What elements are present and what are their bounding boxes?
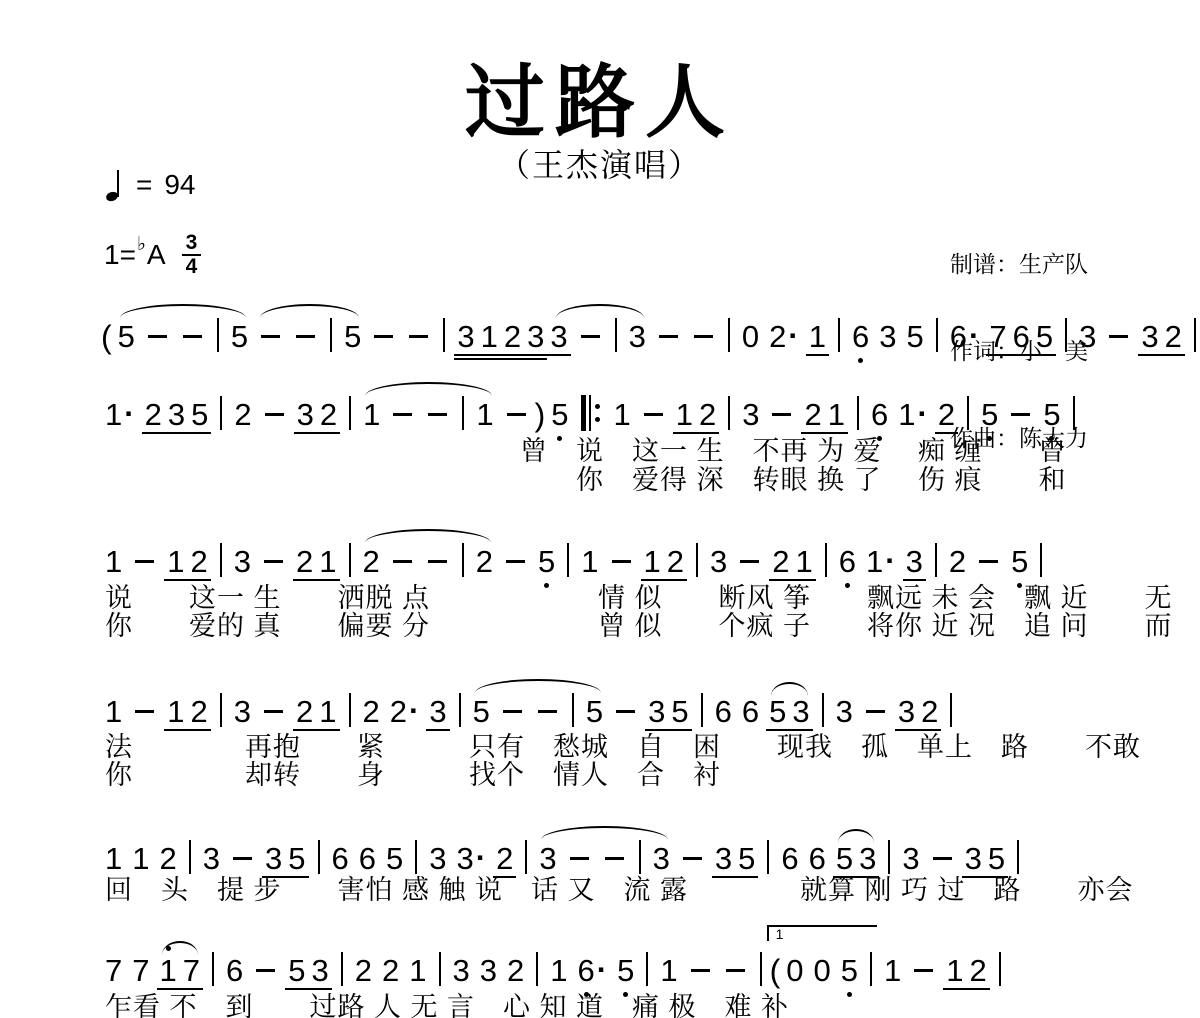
dash	[570, 857, 589, 860]
barline	[1065, 318, 1067, 352]
note: 3	[906, 546, 923, 577]
note: 1	[481, 321, 498, 352]
barline	[615, 318, 617, 352]
note: 3	[457, 843, 474, 874]
dash	[264, 710, 283, 713]
note: 3	[902, 843, 919, 874]
note: 6	[742, 696, 759, 727]
volta-number: 1	[776, 927, 784, 941]
note: 5	[738, 843, 755, 874]
note: 7	[132, 955, 149, 986]
repeat-dot	[595, 417, 600, 422]
note: 2	[804, 399, 821, 430]
augmentation-dot: ·	[917, 398, 927, 429]
note: 1	[476, 399, 493, 430]
augmentation-dot: ·	[969, 320, 979, 351]
note: 2	[507, 955, 524, 986]
note: 3	[629, 321, 646, 352]
parenthesis: (	[101, 321, 112, 353]
slur: 55	[113, 318, 254, 352]
repeat-sign	[581, 395, 600, 431]
barline	[728, 318, 730, 352]
note: 3	[859, 843, 876, 874]
dash	[264, 560, 283, 563]
slur: 53	[831, 843, 882, 874]
note: 7	[105, 955, 122, 986]
music-system-4: 11232122·355356653332	[100, 667, 959, 727]
note: 6	[578, 955, 595, 986]
barline	[220, 396, 222, 430]
dash	[296, 335, 315, 338]
dash	[148, 335, 167, 338]
note: 0	[742, 321, 759, 352]
note: 3	[539, 843, 556, 874]
dash	[605, 857, 624, 860]
note: 5	[386, 843, 403, 874]
barline	[767, 840, 769, 874]
note: 3	[234, 696, 251, 727]
slur: 33	[534, 840, 675, 874]
note: 3	[527, 321, 544, 352]
slur: 55	[468, 693, 609, 727]
note: 1	[866, 546, 883, 577]
augmentation-dot: ·	[409, 695, 419, 726]
note: 3	[453, 955, 470, 986]
time-denominator: 4	[182, 256, 202, 278]
barline	[701, 693, 703, 727]
note: 3	[429, 696, 446, 727]
note: 6	[839, 546, 856, 577]
dash	[933, 857, 952, 860]
dash	[265, 413, 284, 416]
barline	[1017, 840, 1019, 874]
barline	[728, 396, 730, 430]
barline	[220, 693, 222, 727]
note: 5	[671, 696, 688, 727]
note: 7	[989, 321, 1006, 352]
note: 1	[105, 399, 122, 430]
note: 3	[457, 321, 474, 352]
note: 1	[105, 546, 122, 577]
note: 1	[167, 546, 184, 577]
dash	[428, 413, 447, 416]
barline	[462, 396, 464, 430]
note: 3	[898, 696, 915, 727]
barline	[443, 318, 445, 352]
note: 3	[203, 843, 220, 874]
augmentation-dot: ·	[597, 954, 607, 985]
repeat-dot	[595, 404, 600, 409]
lyric-row: 你 爱得 深 转眼 换 了 伤 痕 和	[520, 466, 1067, 496]
lyric-row: 乍看 不 到 过路 人 无 言 心 知 道 痛 极 难 补	[105, 993, 789, 1018]
note: 6	[226, 955, 243, 986]
dash	[691, 969, 710, 972]
barline	[1073, 396, 1075, 430]
note: 2	[296, 546, 313, 577]
music-system-6: 771765322133216·511(005112	[100, 926, 1008, 987]
note: 2	[504, 321, 521, 352]
barline	[935, 543, 937, 577]
note: 2	[769, 321, 786, 352]
note: 5	[981, 399, 998, 430]
page-title: 过路人	[0, 38, 1200, 153]
time-signature: 3 4	[182, 232, 202, 278]
note: 5	[288, 955, 305, 986]
note: 1	[105, 843, 122, 874]
dash	[694, 335, 713, 338]
lyric-row: 你 爱的 真 偏要 分 曾 似 个疯 子 将你 近 况 追 问 而	[105, 612, 1173, 642]
note: 5	[617, 955, 634, 986]
note: 2	[921, 696, 938, 727]
note: 5	[906, 321, 923, 352]
note: 2	[772, 546, 789, 577]
note: 1	[946, 955, 963, 986]
note: 5	[551, 399, 568, 430]
note: 3	[429, 843, 446, 874]
octave-dot-above	[166, 946, 171, 951]
note: 3	[234, 546, 251, 577]
dash	[740, 560, 759, 563]
dash	[393, 413, 412, 416]
barline	[857, 396, 859, 430]
note: 2	[496, 843, 513, 874]
augmentation-dot: ·	[124, 398, 134, 429]
music-system-1: (55531233302·16356·765332	[100, 292, 1200, 353]
note: 2	[160, 843, 177, 874]
slur: 11	[358, 396, 499, 430]
barline	[349, 693, 351, 727]
note: 5	[118, 321, 135, 352]
note: 3	[879, 321, 896, 352]
note: 0	[786, 955, 803, 986]
note: 1	[105, 696, 122, 727]
dash	[616, 710, 635, 713]
note: 3	[1079, 321, 1096, 352]
dash	[393, 560, 412, 563]
dash	[233, 857, 252, 860]
note: 1	[319, 546, 336, 577]
barline	[888, 840, 890, 874]
note: 6	[809, 843, 826, 874]
key-prefix: 1=	[104, 239, 136, 271]
note: 2	[382, 955, 399, 986]
note: 3	[715, 843, 732, 874]
note: 1	[660, 955, 677, 986]
barline	[349, 396, 351, 430]
note: 3	[648, 696, 665, 727]
dash	[409, 335, 428, 338]
note: 6	[781, 843, 798, 874]
note: 3	[710, 546, 727, 577]
barline	[967, 396, 969, 430]
note: 5	[1036, 321, 1053, 352]
slur: 22	[358, 543, 499, 577]
augmentation-dot: ·	[885, 545, 895, 576]
note: 5	[836, 843, 853, 874]
note: 0	[813, 955, 830, 986]
barline	[936, 318, 938, 352]
time-numerator: 3	[182, 232, 202, 256]
note: 3	[965, 843, 982, 874]
note: 1	[644, 546, 661, 577]
note: 2	[390, 696, 407, 727]
sheet-music-page: 过路人 （王杰演唱） = 94 1=♭A 3 4 制谱：生产队 作词：小 美 作…	[0, 0, 1200, 1018]
barline	[572, 693, 574, 727]
note: 1	[898, 399, 915, 430]
repeat-dots	[595, 404, 600, 422]
note: 5	[1011, 546, 1028, 577]
note: 6	[715, 696, 732, 727]
note: 2	[296, 696, 313, 727]
barline	[462, 543, 464, 577]
note: 5	[473, 696, 490, 727]
dash	[683, 857, 702, 860]
barline	[1040, 543, 1042, 577]
note: 6	[332, 843, 349, 874]
note: 1	[160, 955, 177, 986]
note: 2	[191, 696, 208, 727]
note: 5	[231, 321, 248, 352]
barline	[349, 543, 351, 577]
repeat-thin-bar	[589, 395, 591, 431]
note: 1	[613, 399, 630, 430]
lyric-row: 你 却转 身 找个 情人 合 衬	[105, 761, 721, 791]
note: 1	[319, 696, 336, 727]
music-system-5: 11233566533·233356653335	[100, 814, 1026, 874]
barline	[525, 840, 527, 874]
dash	[979, 560, 998, 563]
flat-icon: ♭	[137, 233, 146, 256]
tempo-equals: =	[136, 169, 152, 201]
dash	[261, 335, 280, 338]
dash	[1109, 335, 1128, 338]
barline	[825, 543, 827, 577]
dash	[507, 413, 526, 416]
note: 2	[969, 955, 986, 986]
volta-bracket: 1(005	[769, 955, 863, 987]
note: 2	[949, 546, 966, 577]
dash	[135, 710, 154, 713]
barline	[536, 952, 538, 986]
note: 1	[581, 546, 598, 577]
slur: 17	[155, 955, 206, 986]
barline	[415, 840, 417, 874]
dash	[581, 335, 600, 338]
dash	[538, 710, 557, 713]
note: 3	[168, 399, 185, 430]
dash	[256, 969, 275, 972]
lyric-row: 说 这一 生 洒脱 点 情 似 断风 筝 飘远 未 会 飘 近 无	[105, 584, 1173, 614]
note: 1	[884, 955, 901, 986]
key-time-signature: 1=♭A 3 4	[104, 232, 201, 278]
note: 1	[809, 321, 826, 352]
note: 6	[950, 321, 967, 352]
note: 2	[476, 546, 493, 577]
note: 3	[1141, 321, 1158, 352]
note: 3	[792, 696, 809, 727]
dash	[612, 560, 631, 563]
barline	[217, 318, 219, 352]
note: 5	[191, 399, 208, 430]
note: 3	[480, 955, 497, 986]
dash	[374, 335, 393, 338]
lyric-row: 法 再抱 紧 只有 愁城 自 困 现我 孤 单上 路 不敢	[105, 733, 1141, 763]
barline	[567, 543, 569, 577]
augmentation-dot: ·	[788, 320, 798, 351]
dash	[1011, 413, 1030, 416]
dash	[503, 710, 522, 713]
note: 1	[363, 399, 380, 430]
barline	[439, 952, 441, 986]
note: 5	[988, 843, 1005, 874]
barline	[639, 840, 641, 874]
note: 2	[363, 696, 380, 727]
note: 2	[363, 546, 380, 577]
note: 2	[1165, 321, 1182, 352]
barline	[646, 952, 648, 986]
note: 6	[871, 399, 888, 430]
tempo-mark: = 94	[106, 168, 196, 202]
barline	[696, 543, 698, 577]
note: 3	[265, 843, 282, 874]
barline	[822, 693, 824, 727]
note: 6	[1013, 321, 1030, 352]
note: 1	[409, 955, 426, 986]
slur: 33	[549, 318, 651, 352]
barline	[838, 318, 840, 352]
barline	[212, 952, 214, 986]
note: 3	[550, 321, 567, 352]
tempo-value: 94	[164, 169, 195, 201]
lyric-row: 回 头 提 步 害怕 感 触 说 话 又 流 露 就算 刚 巧 过 路 亦会	[105, 876, 1134, 906]
note: 3	[742, 399, 759, 430]
note: 1	[828, 399, 845, 430]
barline	[999, 952, 1001, 986]
quarter-note-icon	[106, 168, 122, 202]
dash	[726, 969, 745, 972]
note: 5	[841, 955, 858, 986]
dash	[183, 335, 202, 338]
barline	[459, 693, 461, 727]
slur: 5	[253, 318, 366, 352]
note: 2	[234, 399, 251, 430]
note: 5	[538, 546, 555, 577]
note: 1	[132, 843, 149, 874]
note: 2	[191, 546, 208, 577]
dash	[428, 560, 447, 563]
note: 5	[586, 696, 603, 727]
note: 3	[653, 843, 670, 874]
note: 1	[550, 955, 567, 986]
barline	[1194, 318, 1196, 352]
barline	[220, 543, 222, 577]
credit-line-arranger: 制谱：生产队	[950, 250, 1088, 279]
note: 3	[312, 955, 329, 986]
augmentation-dot: ·	[476, 842, 486, 873]
dash	[772, 413, 791, 416]
note: 2	[355, 955, 372, 986]
note: 7	[183, 955, 200, 986]
barline	[330, 318, 332, 352]
note: 5	[1043, 399, 1060, 430]
note: 2	[145, 399, 162, 430]
note: 2	[667, 546, 684, 577]
key-tonic: A	[147, 239, 166, 271]
dash	[135, 560, 154, 563]
parenthesis: )	[535, 399, 546, 431]
note: 1	[676, 399, 693, 430]
note: 6	[852, 321, 869, 352]
note: 1	[796, 546, 813, 577]
barline	[950, 693, 952, 727]
parenthesis: (	[770, 955, 781, 987]
note: 1	[167, 696, 184, 727]
repeat-thick-bar	[581, 395, 586, 431]
note: 5	[344, 321, 361, 352]
dash	[659, 335, 678, 338]
barline	[760, 952, 762, 986]
note: 2	[699, 399, 716, 430]
music-system-2: 1·23523211)511232161·255	[100, 369, 1082, 431]
barline	[189, 840, 191, 874]
note: 2	[938, 399, 955, 430]
note: 3	[297, 399, 314, 430]
music-system-3: 11232122511232161·325	[100, 517, 1049, 577]
barline	[318, 840, 320, 874]
note: 3	[836, 696, 853, 727]
note: 5	[769, 696, 786, 727]
dash	[506, 560, 525, 563]
dash	[866, 710, 885, 713]
slur: 53	[764, 696, 815, 727]
note: 5	[288, 843, 305, 874]
octave-dot-below	[847, 992, 852, 997]
lyric-row: 曾 说 这一 生 不再 为 爱 痴 缠 曾	[520, 437, 1067, 467]
barline	[870, 952, 872, 986]
octave-dot-below	[858, 358, 863, 363]
dash	[914, 969, 933, 972]
note: 2	[320, 399, 337, 430]
dash	[644, 413, 663, 416]
note: 6	[359, 843, 376, 874]
barline	[341, 952, 343, 986]
